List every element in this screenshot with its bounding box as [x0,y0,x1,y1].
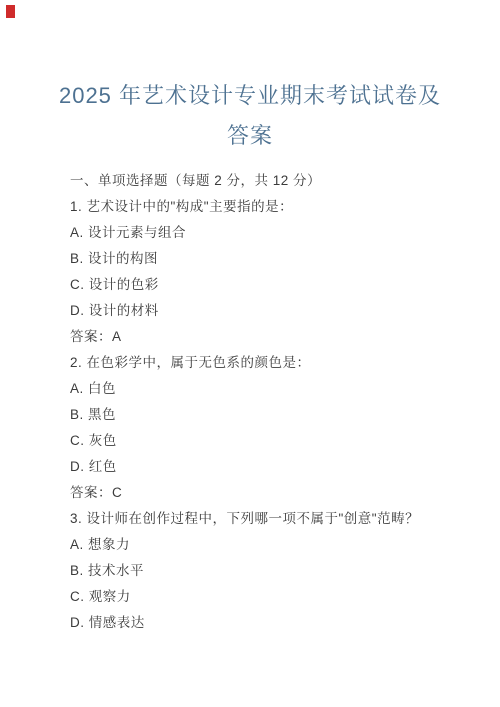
question-3-option-c: C. 观察力 [70,584,460,610]
question-1-option-a: A. 设计元素与组合 [70,220,460,246]
question-1-option-c: C. 设计的色彩 [70,272,460,298]
question-2-answer: 答案：C [70,480,460,506]
question-3-option-d: D. 情感表达 [70,610,460,636]
exam-document-page: 2025 年艺术设计专业期末考试试卷及 答案 一、单项选择题（每题 2 分，共 … [0,0,500,707]
question-1-option-d: D. 设计的材料 [70,298,460,324]
document-body: 一、单项选择题（每题 2 分，共 12 分） 1. 艺术设计中的"构成"主要指的… [0,168,500,636]
question-2-option-d: D. 红色 [70,454,460,480]
question-1-option-b: B. 设计的构图 [70,246,460,272]
corner-red-mark [6,5,15,18]
question-3-option-b: B. 技术水平 [70,558,460,584]
question-2-prompt: 2. 在色彩学中，属于无色系的颜色是： [70,350,460,376]
question-2-option-c: C. 灰色 [70,428,460,454]
document-title-line-2: 答案 [0,116,500,156]
question-1-prompt: 1. 艺术设计中的"构成"主要指的是： [70,194,460,220]
section-header: 一、单项选择题（每题 2 分，共 12 分） [70,168,460,194]
question-3-prompt: 3. 设计师在创作过程中，下列哪一项不属于"创意"范畴？ [70,506,460,532]
document-title-line-1: 2025 年艺术设计专业期末考试试卷及 [0,76,500,116]
question-2-option-b: B. 黑色 [70,402,460,428]
question-3-option-a: A. 想象力 [70,532,460,558]
question-1-answer: 答案：A [70,324,460,350]
document-title: 2025 年艺术设计专业期末考试试卷及 答案 [0,0,500,156]
question-2-option-a: A. 白色 [70,376,460,402]
